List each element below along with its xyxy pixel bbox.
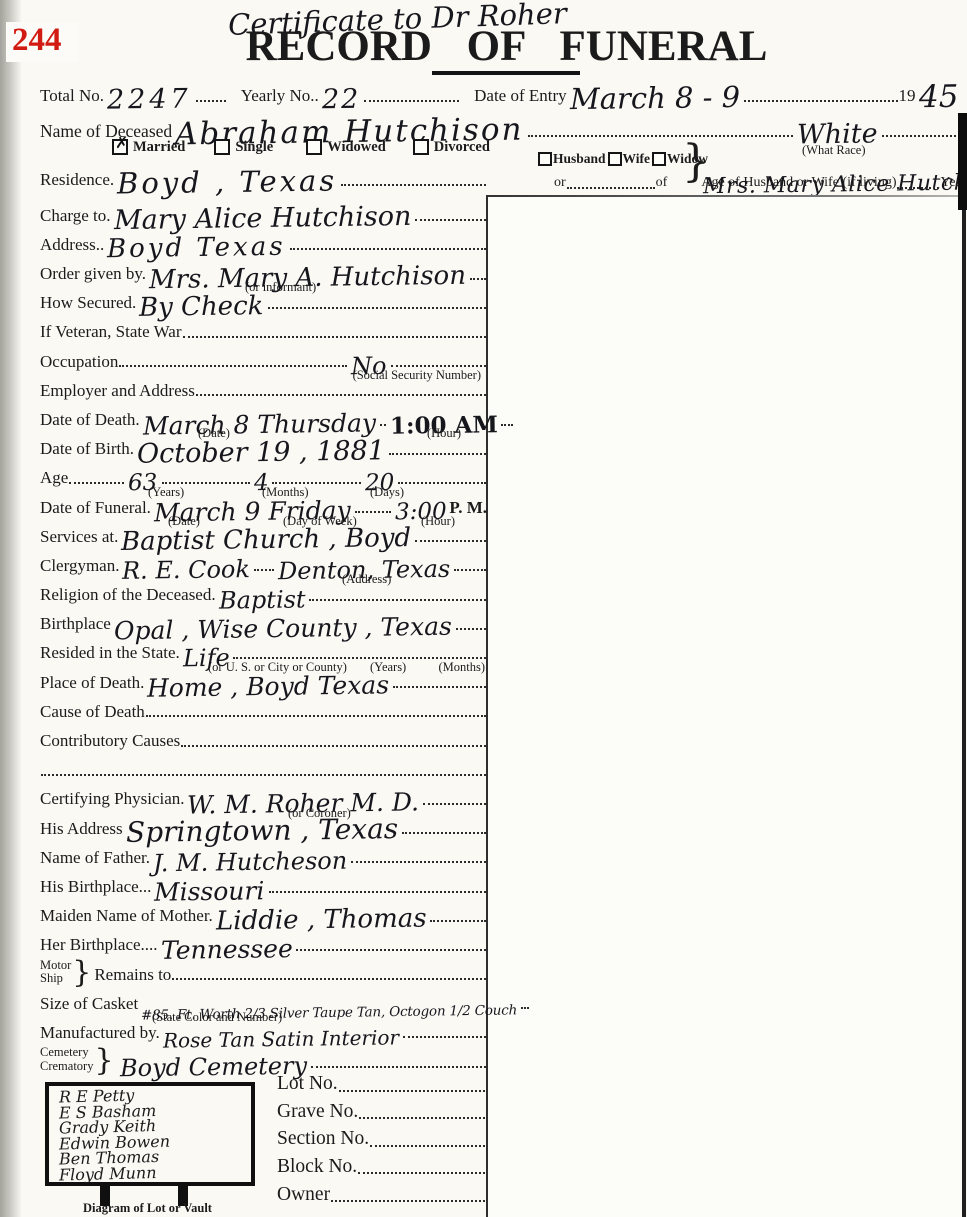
dotted-leader: [470, 278, 486, 280]
yearly-no-label: Yearly No..: [241, 86, 319, 109]
dotted-leader: [196, 100, 226, 102]
field-row-order-given-by: Order given by. Mrs. Mary A. Hutchison (…: [40, 257, 487, 286]
spouse-or-of-line: or of Age of Husband or Wife (if living)…: [554, 175, 962, 194]
lot-diagram-box: R E Petty E S Basham Grady Keith Edwin B…: [45, 1082, 255, 1186]
dotted-leader: [254, 569, 273, 571]
age-of-spouse-label: Age of Husband or Wife (if living): [701, 175, 896, 194]
single-label: Single: [235, 139, 273, 156]
field-label: Date of Death.: [40, 410, 140, 433]
motor-label: Motor: [40, 959, 71, 972]
field-label: Birthplace: [40, 614, 111, 637]
blank-right-panel: [488, 197, 961, 1217]
field-row-maiden-name: Maiden Name of Mother. Liddie , Thomas: [40, 900, 487, 929]
field-row-place-of-death: Place of Death. Home , Boyd Texas: [40, 666, 487, 695]
dotted-leader: [341, 184, 486, 186]
field-row-section-no: Section No.: [277, 1126, 486, 1154]
field-row-religion: Religion of the Deceased. Baptist: [40, 578, 487, 607]
field-row-size-of-casket: Size of Casket #85. Ft. Worth 2/3 Silver…: [40, 987, 487, 1016]
cemetery-label: Cemetery: [40, 1046, 93, 1059]
residence-value: Boyd , Texas: [117, 166, 338, 198]
field-label: Cause of Death: [40, 702, 145, 725]
field-label: Remains to: [94, 965, 171, 988]
field-row-veteran: If Veteran, State War: [40, 316, 487, 345]
check-mark-icon: ✗: [115, 135, 129, 151]
dotted-leader: [272, 482, 360, 484]
field-row-date-of-funeral: Date of Funeral. March 9 Friday 3:00 P. …: [40, 491, 487, 520]
cemetery-brace: }: [93, 1049, 116, 1075]
divorced-label: Divorced: [434, 139, 490, 156]
field-label: Charge to.: [40, 206, 111, 229]
field-row-date-of-death: Date of Death. March 8 Thursday 1:00 AM …: [40, 403, 487, 432]
field-label: Block No.: [277, 1156, 357, 1181]
dotted-leader: [521, 1007, 529, 1009]
field-row-owner: Owner: [277, 1181, 486, 1209]
widowed-label: Widowed: [327, 139, 386, 156]
pallbearer-name: Floyd Munn: [59, 1162, 251, 1183]
dotted-leader: [268, 307, 486, 309]
dotted-leader: [339, 1090, 485, 1092]
field-row-charge-to: Charge to. Mary Alice Hutchison: [40, 199, 487, 228]
field-label: Size of Casket: [40, 994, 138, 1017]
field-label: Occupation: [40, 352, 118, 375]
funeral-record-page: 244 Certificate to Dr Roher RECORD OF FU…: [0, 0, 967, 1217]
form-fields: Charge to. Mary Alice Hutchison Address.…: [40, 199, 487, 1075]
dotted-leader: [355, 511, 391, 513]
field-row-employer: Employer and Address: [40, 374, 487, 403]
field-label: Maiden Name of Mother.: [40, 906, 213, 929]
field-row-his-address: His Address Springtown , Texas: [40, 812, 487, 841]
of-label: of: [656, 175, 668, 194]
residence-row: Residence. Boyd , Texas: [40, 161, 487, 193]
married-label: Married: [133, 139, 185, 156]
dotted-leader: [358, 1172, 485, 1174]
field-label: Address..: [40, 235, 104, 258]
ship-label: Ship: [40, 972, 71, 985]
horizontal-divider: [486, 195, 962, 197]
header-row: Total No. 2247 Yearly No.. 22 Date of En…: [40, 79, 961, 109]
dotted-leader: [162, 482, 250, 484]
field-row-age: Age 63 4 20 (Years) (Months) (Days): [40, 462, 487, 491]
dotted-leader: [172, 978, 486, 980]
dotted-leader: [359, 1117, 485, 1119]
field-label: Religion of the Deceased.: [40, 585, 216, 608]
page-title: RECORD OF FUNERAL: [0, 25, 967, 68]
dotted-leader: [430, 920, 486, 922]
field-label: Section No.: [277, 1128, 369, 1153]
total-no-label: Total No.: [40, 86, 104, 109]
field-label: Employer and Address: [40, 381, 195, 404]
dotted-leader: [897, 187, 939, 189]
field-label: If Veteran, State War: [40, 322, 182, 345]
dotted-leader: [398, 482, 486, 484]
dotted-leader: [41, 774, 486, 776]
dotted-leader: [501, 424, 513, 426]
husband-checkbox: [538, 152, 552, 166]
dotted-leader: [393, 686, 486, 688]
diagram-caption: Diagram of Lot or Vault: [50, 1201, 245, 1216]
dotted-leader: [456, 628, 486, 630]
title-underline: [432, 71, 580, 75]
field-label: Clergyman.: [40, 556, 119, 579]
dotted-leader: [290, 248, 486, 250]
dotted-leader: [744, 100, 898, 102]
dotted-leader: [454, 569, 486, 571]
field-row-date-of-birth: Date of Birth. October 19 , 1881: [40, 433, 487, 462]
field-label: His Address: [40, 819, 123, 842]
field-row-block-no: Block No.: [277, 1154, 486, 1182]
field-row-birthplace: Birthplace Opal , Wise County , Texas: [40, 608, 487, 637]
dotted-leader: [415, 540, 486, 542]
dotted-leader: [181, 745, 486, 747]
field-row-contributory-overflow: [40, 754, 487, 783]
dotted-leader: [119, 365, 347, 367]
widow-checkbox: [652, 152, 666, 166]
year-value: 45: [918, 82, 958, 114]
field-label: Place of Death.: [40, 673, 144, 696]
field-row-her-birthplace: Her Birthplace.... Tennessee: [40, 929, 487, 958]
spouse-checkbox-line: Husband Wife Widow: [538, 148, 964, 170]
field-row-clergyman: Clergyman. R. E. Cook Denton, Texas (Add…: [40, 549, 487, 578]
dotted-leader: [233, 657, 486, 659]
dotted-leader: [196, 394, 486, 396]
dotted-leader: [351, 861, 486, 863]
divorced-checkbox: [413, 139, 429, 155]
field-label: Date of Birth.: [40, 439, 134, 462]
dotted-leader: [528, 135, 794, 137]
dotted-leader: [389, 453, 486, 455]
date-of-entry-label: Date of Entry: [474, 86, 567, 109]
field-row-cause-of-death: Cause of Death: [40, 695, 487, 724]
scan-left-edge-shadow: [0, 0, 22, 1217]
dotted-leader: [69, 482, 124, 484]
dotted-leader: [402, 832, 486, 834]
field-label: Date of Funeral.: [40, 498, 151, 521]
dotted-leader: [331, 1200, 485, 1202]
wife-label: Wife: [623, 151, 651, 167]
wife-checkbox: [608, 152, 622, 166]
field-row-manufactured-by: Manufactured by. Rose Tan Satin Interior: [40, 1016, 487, 1045]
field-label: Owner: [277, 1184, 330, 1209]
single-checkbox: [214, 139, 230, 155]
cemetery-crematory-stack: Cemetery Crematory: [40, 1046, 93, 1074]
field-row-services-at: Services at. Baptist Church , Boyd: [40, 520, 487, 549]
field-row-certifying-physician: Certifying Physician. W. M. Roher M. D. …: [40, 783, 487, 812]
field-label: Order given by.: [40, 264, 146, 287]
field-label: Name of Father.: [40, 848, 150, 871]
scan-right-edge-bar: [958, 113, 967, 210]
dotted-leader: [403, 1036, 486, 1038]
dotted-leader: [567, 187, 655, 189]
remains-brace: }: [71, 961, 94, 987]
year-prefix: 19: [899, 86, 916, 109]
crematory-label: Crematory: [40, 1060, 93, 1073]
dotted-leader: [415, 219, 486, 221]
dotted-leader: [364, 100, 459, 102]
field-row-address: Address.. Boyd Texas: [40, 228, 487, 257]
dotted-leader: [183, 336, 486, 338]
dotted-leader: [146, 715, 486, 717]
field-row-how-secured: How Secured. By Check: [40, 287, 487, 316]
field-label: Services at.: [40, 527, 118, 550]
field-label: Certifying Physician.: [40, 789, 184, 812]
motor-ship-stack: Motor Ship: [40, 959, 71, 987]
widowed-checkbox: [306, 139, 322, 155]
married-checkbox: ✗: [112, 139, 128, 155]
field-label: How Secured.: [40, 293, 136, 316]
or-label: or: [554, 175, 566, 194]
field-label: Resided in the State.: [40, 643, 180, 666]
dotted-leader: [423, 803, 486, 805]
field-label: Lot No.: [277, 1073, 338, 1098]
dotted-leader: [309, 599, 486, 601]
marital-status-row: ✗ Married Single Widowed Divorced: [112, 137, 532, 157]
meridiem-label: P. M.: [449, 498, 487, 521]
field-row-remains-to: Motor Ship } Remains to: [40, 958, 487, 987]
dotted-leader: [882, 135, 960, 137]
field-row-contributory: Contributory Causes: [40, 724, 487, 753]
field-label: Contributory Causes: [40, 731, 180, 754]
dotted-leader: [380, 424, 386, 426]
dotted-leader: [269, 891, 486, 893]
cemetery-record-fields: Lot No. Grave No. Section No. Block No. …: [277, 1071, 486, 1209]
field-label: Her Birthplace....: [40, 935, 158, 958]
field-label: Age: [40, 468, 68, 491]
husband-label: Husband: [553, 151, 606, 167]
dotted-leader: [391, 365, 486, 367]
field-row-name-of-father: Name of Father. J. M. Hutcheson: [40, 841, 487, 870]
field-row-grave-no: Grave No.: [277, 1099, 486, 1127]
field-row-his-birthplace: His Birthplace... Missouri: [40, 870, 487, 899]
dotted-leader: [370, 1145, 485, 1147]
residence-label: Residence.: [40, 170, 114, 193]
field-row-lot-no: Lot No.: [277, 1071, 486, 1099]
field-label: Grave No.: [277, 1101, 358, 1126]
field-row-resided: Resided in the State. Life (or U. S. or …: [40, 637, 487, 666]
dotted-leader: [311, 1066, 486, 1068]
field-row-occupation: Occupation No (Social Security Number): [40, 345, 487, 374]
dotted-leader: [296, 949, 486, 951]
scan-right-edge-line: [962, 210, 966, 1217]
field-label: His Birthplace...: [40, 877, 151, 900]
